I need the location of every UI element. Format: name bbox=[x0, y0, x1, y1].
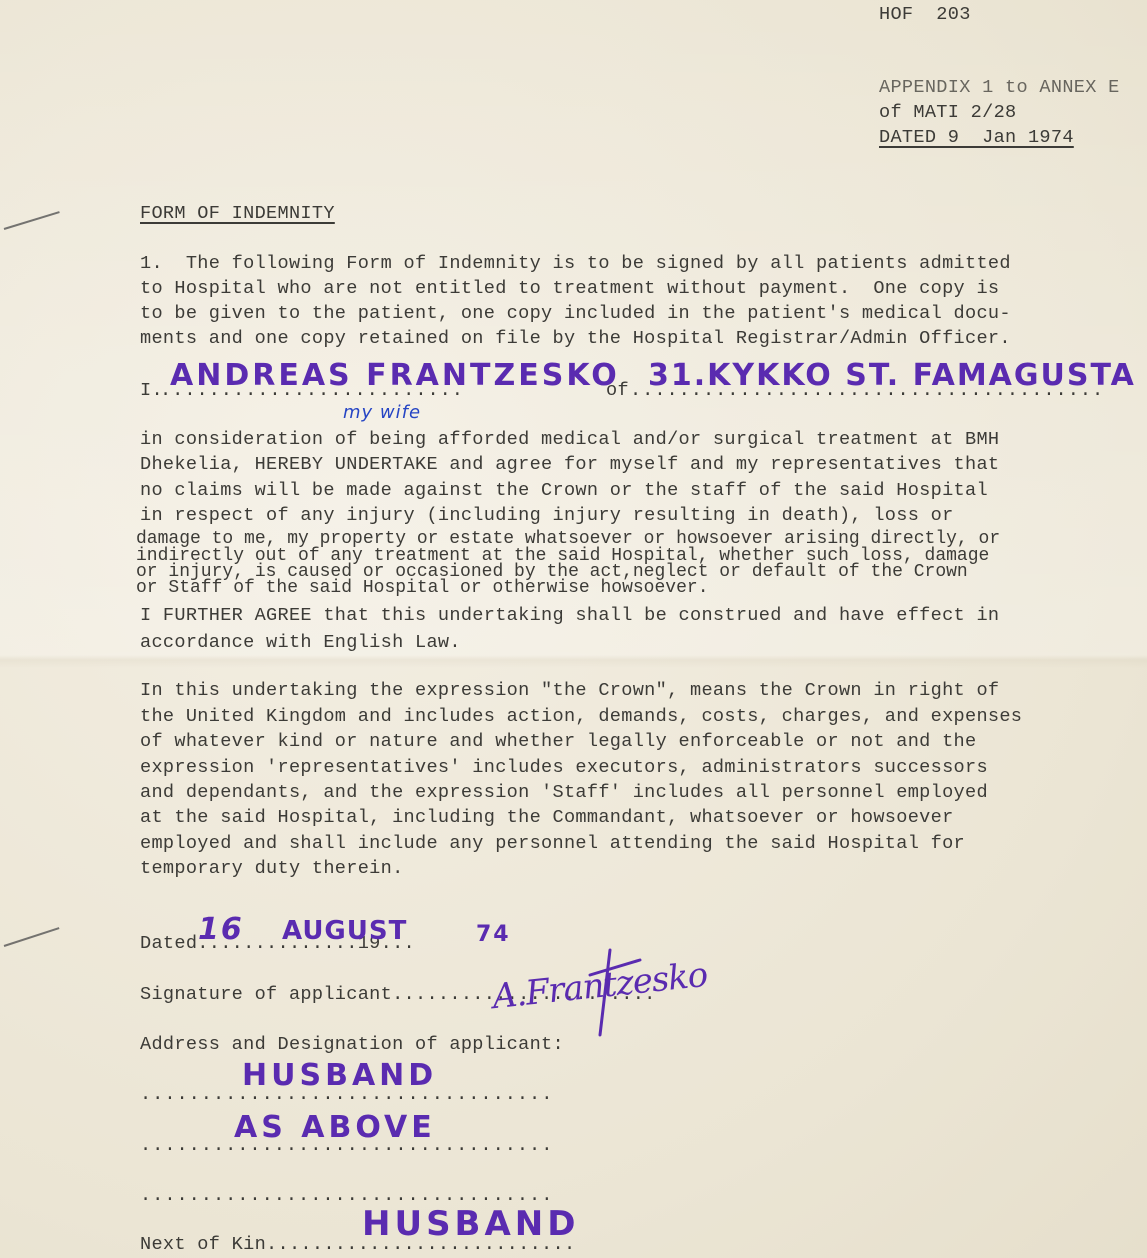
address-line-3-dots: .................................. bbox=[140, 1185, 553, 1206]
mati-reference: of MATI 2/28 bbox=[879, 102, 1017, 123]
document-page: HOF 203 APPENDIX 1 to ANNEX E of MATI 2/… bbox=[0, 0, 1147, 1258]
text-line: I FURTHER AGREE that this undertaking sh… bbox=[140, 605, 999, 626]
address-line-1-field[interactable]: HUSBAND bbox=[242, 1058, 437, 1093]
text-line: to Hospital who are not entitled to trea… bbox=[140, 278, 999, 299]
form-reference: HOF 203 bbox=[879, 4, 971, 25]
text-line: at the said Hospital, including the Comm… bbox=[140, 807, 954, 828]
dated-month-field[interactable]: AUGUST bbox=[282, 916, 407, 946]
dated-year-field[interactable]: 74 bbox=[476, 922, 511, 947]
text-line: or Staff of the said Hospital or otherwi… bbox=[136, 582, 709, 594]
text-line: no claims will be made against the Crown… bbox=[140, 480, 988, 501]
text-line: indirectly out of any treatment at the s… bbox=[136, 550, 989, 562]
applicant-address-field[interactable]: 31.KYKKO ST. FAMAGUSTA bbox=[648, 358, 1136, 393]
appendix-reference: APPENDIX 1 to ANNEX E bbox=[879, 77, 1120, 98]
text-line: of whatever kind or nature and whether l… bbox=[140, 731, 976, 752]
text-line: ments and one copy retained on file by t… bbox=[140, 328, 1011, 349]
address-label: Address and Designation of applicant: bbox=[140, 1034, 564, 1055]
dated-day-field[interactable]: 16 bbox=[198, 912, 244, 947]
margin-mark bbox=[4, 211, 60, 230]
address-line-2-field[interactable]: AS ABOVE bbox=[234, 1110, 436, 1145]
text-line: and dependants, and the expression 'Staf… bbox=[140, 782, 988, 803]
text-line: to be given to the patient, one copy inc… bbox=[140, 303, 1011, 324]
text-line: or injury, is caused or occasioned by th… bbox=[136, 566, 968, 578]
signature-flourish-icon bbox=[530, 940, 670, 1040]
text-line: temporary duty therein. bbox=[140, 858, 404, 879]
text-line: 1. The following Form of Indemnity is to… bbox=[140, 253, 1011, 274]
text-line: the United Kingdom and includes action, … bbox=[140, 706, 1022, 727]
applicant-name-field[interactable]: ANDREAS FRANTZESKO bbox=[170, 358, 620, 393]
margin-mark bbox=[4, 927, 60, 947]
text-line: damage to me, my property or estate what… bbox=[136, 533, 1000, 545]
text-line: expression 'representatives' includes ex… bbox=[140, 757, 988, 778]
form-title: FORM OF INDEMNITY bbox=[140, 203, 335, 224]
text-line: in consideration of being afforded medic… bbox=[140, 429, 999, 450]
text-line: in respect of any injury (including inju… bbox=[140, 505, 954, 526]
text-line: employed and shall include any personnel… bbox=[140, 833, 965, 854]
handwritten-insertion: my wife bbox=[343, 402, 421, 423]
text-line: Dhekelia, HEREBY UNDERTAKE and agree for… bbox=[140, 454, 999, 475]
next-of-kin-field[interactable]: HUSBAND bbox=[362, 1204, 579, 1244]
dated-reference: DATED 9 Jan 1974 bbox=[879, 127, 1074, 148]
text-line: accordance with English Law. bbox=[140, 632, 461, 653]
text-line: In this undertaking the expression "the … bbox=[140, 680, 999, 701]
